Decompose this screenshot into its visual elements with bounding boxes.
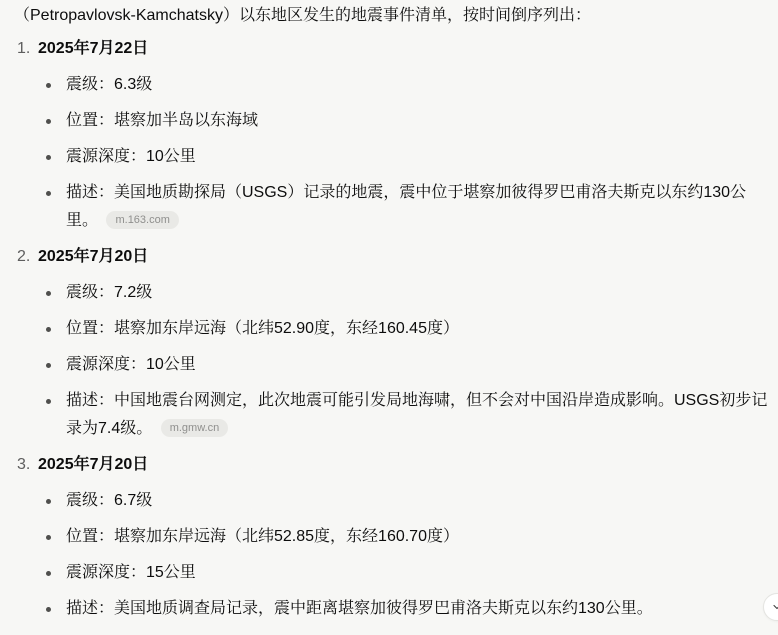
detail-text: 震级：7.2级 [66,284,152,301]
detail-magnitude: 震级：7.2级 [66,279,772,307]
detail-text: 震源深度：10公里 [66,356,196,373]
event-header: 2. 2025年7月20日 [14,243,772,271]
event-item-2: 2. 2025年7月20日 震级：7.2级 位置：堪察加东岸远海（北纬52.90… [14,243,772,443]
event-details: 震级：6.7级 位置：堪察加东岸远海（北纬52.85度，东经160.70度） 震… [14,487,772,623]
detail-text: 位置：堪察加东岸远海（北纬52.90度，东经160.45度） [66,320,459,337]
detail-depth: 震源深度：10公里 [66,351,772,379]
earthquake-event-list: 1. 2025年7月22日 震级：6.3级 位置：堪察加半岛以东海域 震源深度：… [14,35,772,623]
detail-depth: 震源深度：10公里 [66,143,772,171]
detail-description: 描述：中国地震台网测定，此次地震可能引发局地海啸，但不会对中国沿岸造成影响。US… [66,387,772,443]
detail-description: 描述：美国地质勘探局（USGS）记录的地震，震中位于堪察加彼得罗巴甫洛夫斯克以东… [66,179,772,235]
detail-text: 震源深度：10公里 [66,148,196,165]
event-date: 2025年7月20日 [38,243,148,271]
detail-location: 位置：堪察加东岸远海（北纬52.85度，东经160.70度） [66,523,772,551]
event-details: 震级：6.3级 位置：堪察加半岛以东海域 震源深度：10公里 描述：美国地质勘探… [14,71,772,235]
list-number: 2. [17,243,38,271]
detail-text: 位置：堪察加半岛以东海域 [66,112,258,129]
detail-location: 位置：堪察加东岸远海（北纬52.90度，东经160.45度） [66,315,772,343]
detail-text: 震级：6.7级 [66,492,152,509]
event-date: 2025年7月20日 [38,451,148,479]
event-header: 3. 2025年7月20日 [14,451,772,479]
chat-message: （Petropavlovsk-Kamchatsky）以东地区发生的地震事件清单，… [0,0,778,623]
citation-badge[interactable]: m.163.com [106,211,178,229]
citation-badge[interactable]: m.gmw.cn [161,419,229,437]
event-header: 1. 2025年7月22日 [14,35,772,63]
event-details: 震级：7.2级 位置：堪察加东岸远海（北纬52.90度，东经160.45度） 震… [14,279,772,443]
detail-depth: 震源深度：15公里 [66,559,772,587]
detail-text: 描述：美国地质调查局记录，震中距离堪察加彼得罗巴甫洛夫斯克以东约130公里。 [66,600,653,617]
event-date: 2025年7月22日 [38,35,148,63]
detail-text: 位置：堪察加东岸远海（北纬52.85度，东经160.70度） [66,528,459,545]
event-item-3: 3. 2025年7月20日 震级：6.7级 位置：堪察加东岸远海（北纬52.85… [14,451,772,623]
detail-description: 描述：美国地质调查局记录，震中距离堪察加彼得罗巴甫洛夫斯克以东约130公里。 [66,595,772,623]
detail-location: 位置：堪察加半岛以东海域 [66,107,772,135]
intro-text: （Petropavlovsk-Kamchatsky）以东地区发生的地震事件清单，… [14,2,772,30]
detail-magnitude: 震级：6.3级 [66,71,772,99]
detail-text: 震级：6.3级 [66,76,152,93]
detail-text: 震源深度：15公里 [66,564,196,581]
chevron-down-icon [771,601,778,613]
list-number: 1. [17,35,38,63]
list-number: 3. [17,451,38,479]
detail-magnitude: 震级：6.7级 [66,487,772,515]
event-item-1: 1. 2025年7月22日 震级：6.3级 位置：堪察加半岛以东海域 震源深度：… [14,35,772,235]
